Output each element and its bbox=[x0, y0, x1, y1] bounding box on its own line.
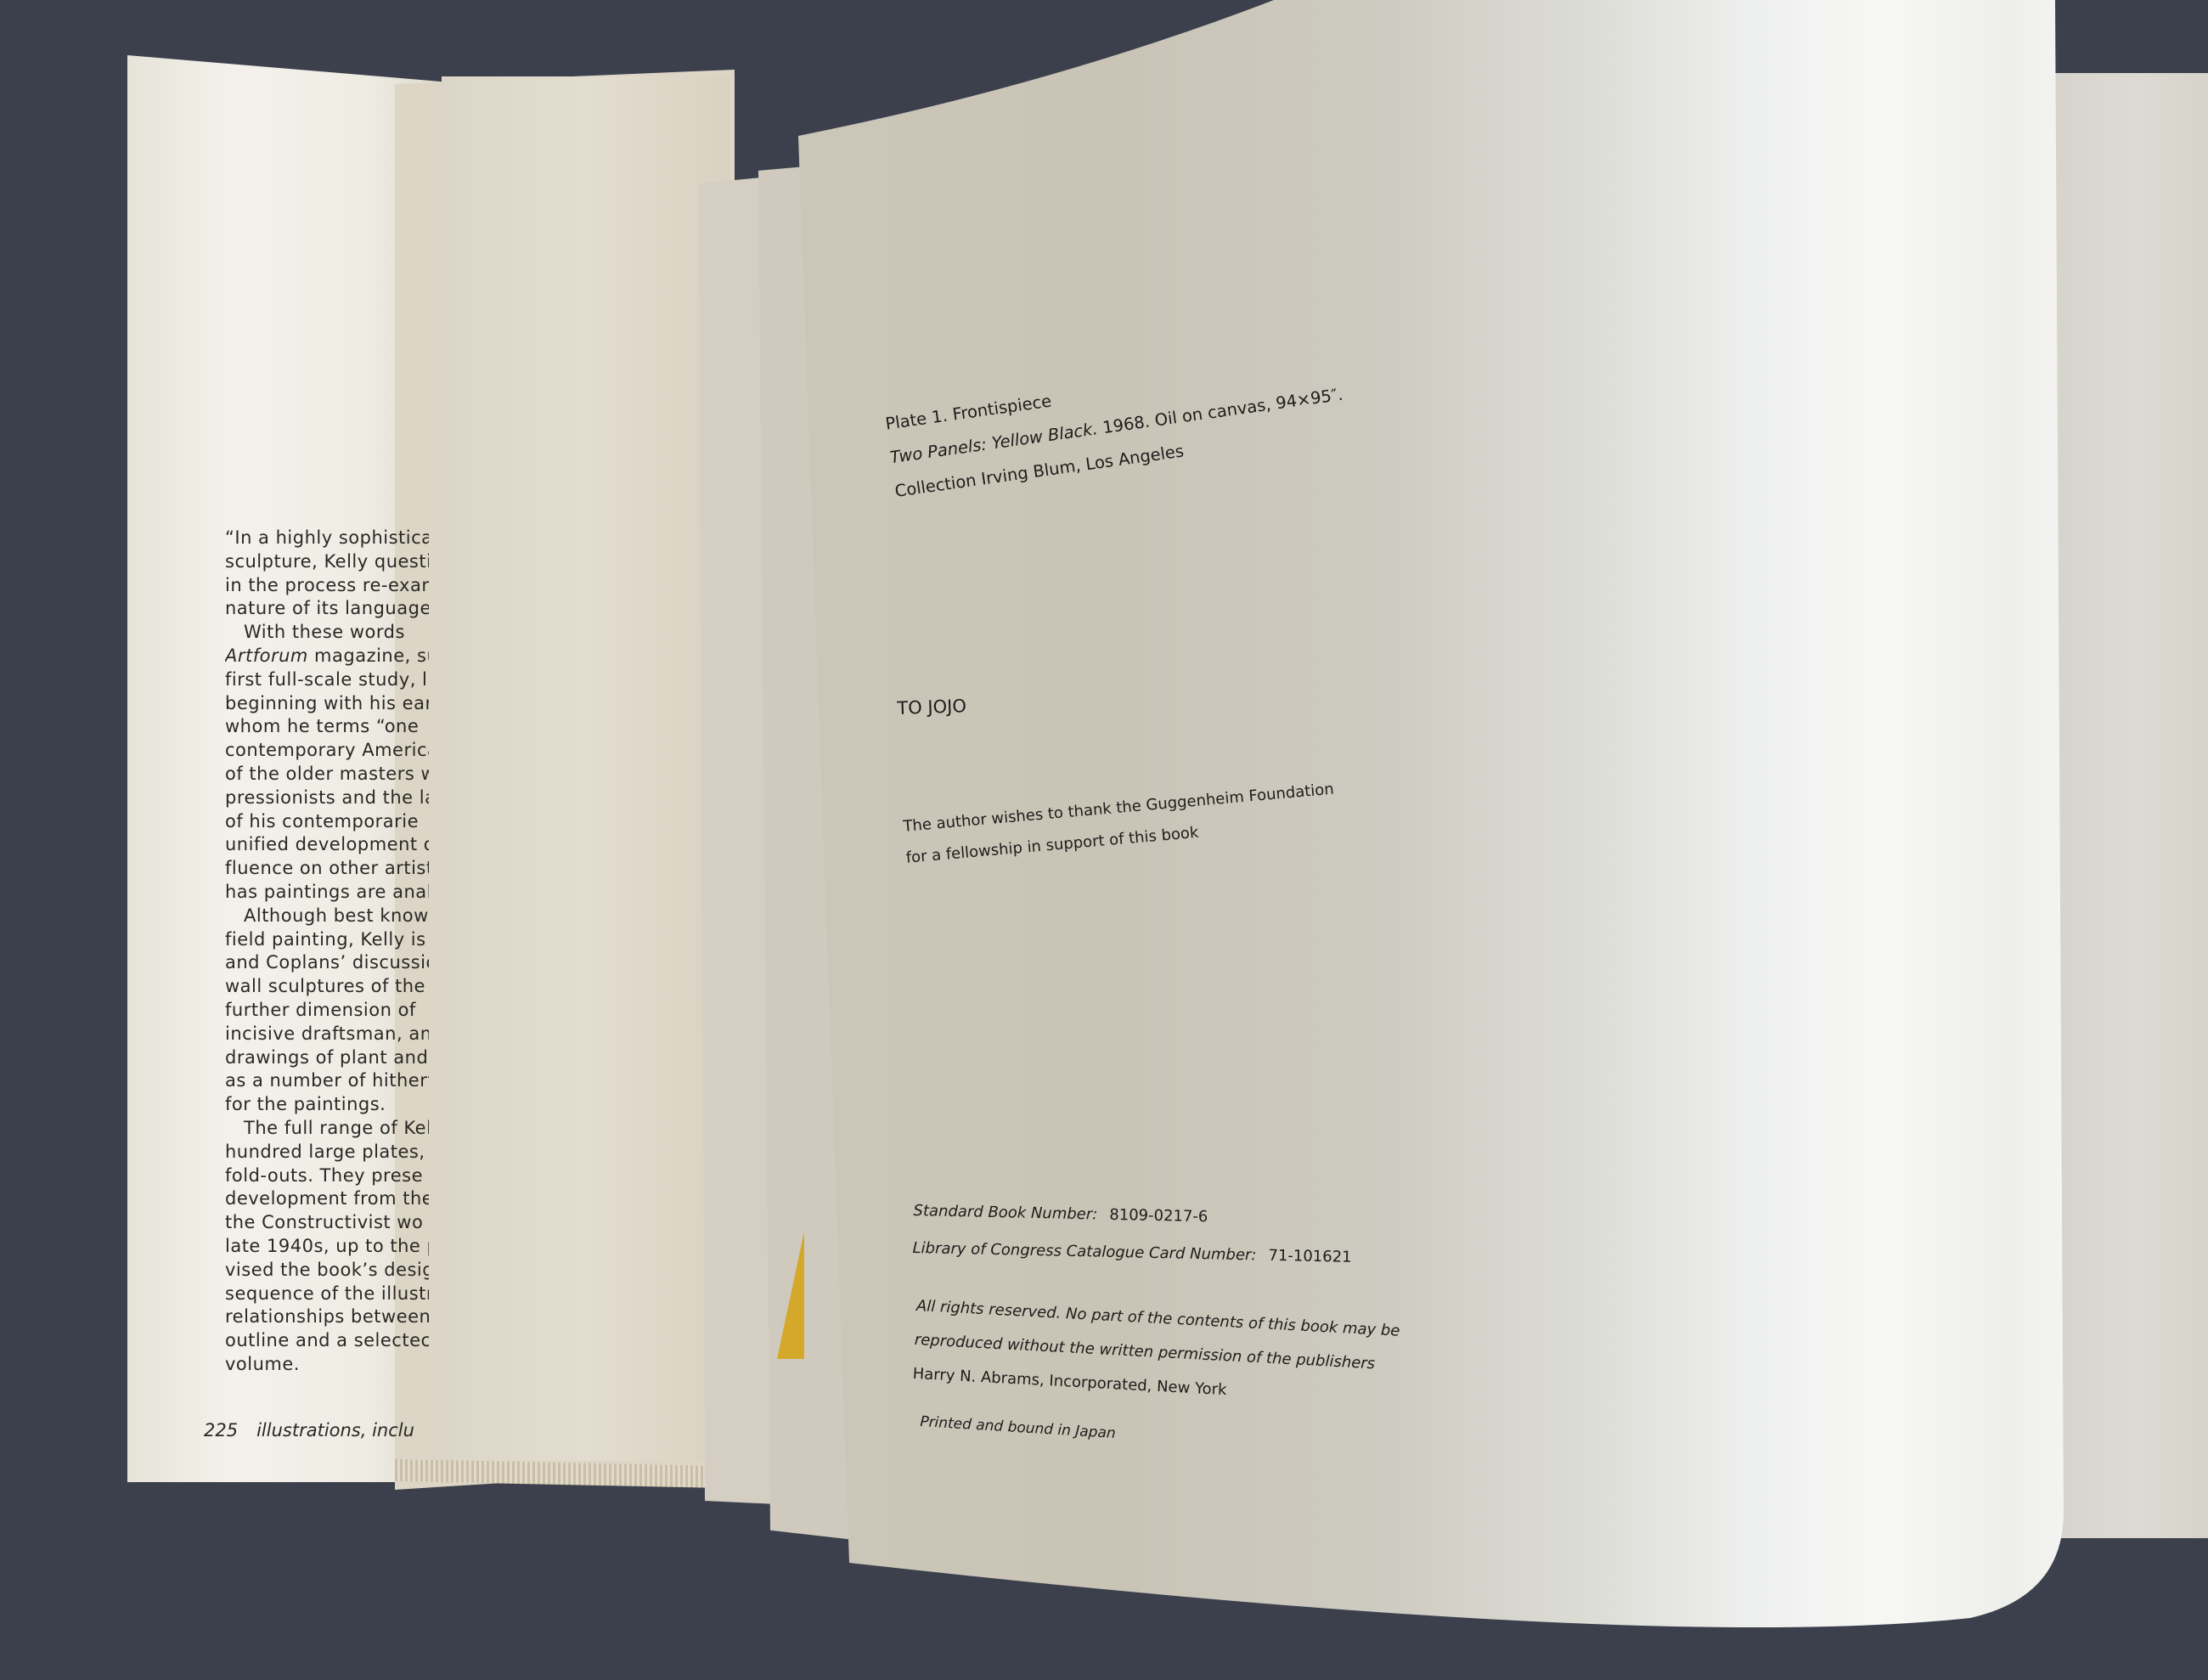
illustration-label: illustrations, inclu bbox=[256, 1420, 414, 1440]
blurb-line-rest: magazine, sur bbox=[308, 646, 429, 666]
blurb-line: incisive draftsman, and bbox=[225, 1023, 429, 1046]
blurb-line: of the older masters w bbox=[225, 763, 429, 786]
blurb-line: nature of its language, bbox=[225, 597, 429, 621]
sbn-label: Standard Book Number: bbox=[913, 1202, 1097, 1224]
blurb-line: and Coplans’ discussio bbox=[225, 951, 429, 975]
blurb-line: outline and a selectec bbox=[225, 1329, 429, 1353]
blurb-line: drawings of plant and bbox=[225, 1046, 429, 1070]
blurb-line: Artforum magazine, sur bbox=[225, 645, 429, 668]
blurb-line: in the process re-exar bbox=[225, 574, 429, 598]
blurb-line: field painting, Kelly is bbox=[225, 928, 429, 952]
artforum-title: Artforum bbox=[225, 646, 308, 666]
blurb-line: vised the book’s desig bbox=[225, 1259, 429, 1283]
blurb-line: hundred large plates, i bbox=[225, 1141, 429, 1164]
blurb-line: The full range of Kel bbox=[225, 1117, 429, 1141]
bibliographic-info: Standard Book Number:8109-0217-6 Library… bbox=[912, 1192, 1353, 1277]
dedication: TO JOJO bbox=[897, 696, 966, 719]
blurb-line: has paintings are analy: bbox=[225, 881, 429, 905]
blurb-line: late 1940s, up to the p bbox=[225, 1235, 429, 1259]
blurb-line: development from the bbox=[225, 1187, 429, 1211]
blurb-line: Although best know bbox=[225, 905, 429, 928]
jacket-flap-footer: 225illustrations, inclu bbox=[204, 1420, 431, 1440]
blurb-line: “In a highly sophisticat bbox=[225, 527, 429, 550]
blurb-line: sculpture, Kelly questi bbox=[225, 550, 429, 574]
blurb-line: whom he terms “one bbox=[225, 715, 429, 739]
blurb-line: for the paintings. bbox=[225, 1093, 429, 1117]
blurb-line: fold-outs. They prese bbox=[225, 1164, 429, 1188]
blurb-line: fluence on other artist bbox=[225, 857, 429, 881]
illustration-count: 225 bbox=[204, 1420, 238, 1440]
blurb-line: beginning with his ear bbox=[225, 692, 429, 716]
blurb-line: unified development o bbox=[225, 833, 429, 857]
lccn-value: 71-101621 bbox=[1268, 1247, 1352, 1266]
blurb-line: as a number of hitherto bbox=[225, 1069, 429, 1093]
blurb-line: the Constructivist wo bbox=[225, 1211, 429, 1235]
lccn-label: Library of Congress Catalogue Card Numbe… bbox=[912, 1239, 1256, 1264]
blurb-line: With these words bbox=[225, 621, 429, 645]
blurb-line: volume. bbox=[225, 1353, 429, 1377]
blurb-line: of his contemporarie bbox=[225, 810, 429, 834]
blurb-line: first full-scale study, l bbox=[225, 668, 429, 692]
endpaper bbox=[442, 76, 730, 1461]
blurb-line: relationships between bbox=[225, 1305, 429, 1329]
blurb-line: pressionists and the late bbox=[225, 786, 429, 810]
blurb-line: further dimension of bbox=[225, 999, 429, 1023]
book-photo-scene: “In a highly sophisticat sculpture, Kell… bbox=[0, 0, 2208, 1680]
blurb-line: contemporary America bbox=[225, 739, 429, 763]
sbn-value: 8109-0217-6 bbox=[1109, 1206, 1208, 1226]
blurb-line: sequence of the illustra bbox=[225, 1283, 429, 1306]
jacket-flap-blurb: “In a highly sophisticat sculpture, Kell… bbox=[225, 527, 429, 1377]
blurb-line: wall sculptures of the bbox=[225, 975, 429, 999]
